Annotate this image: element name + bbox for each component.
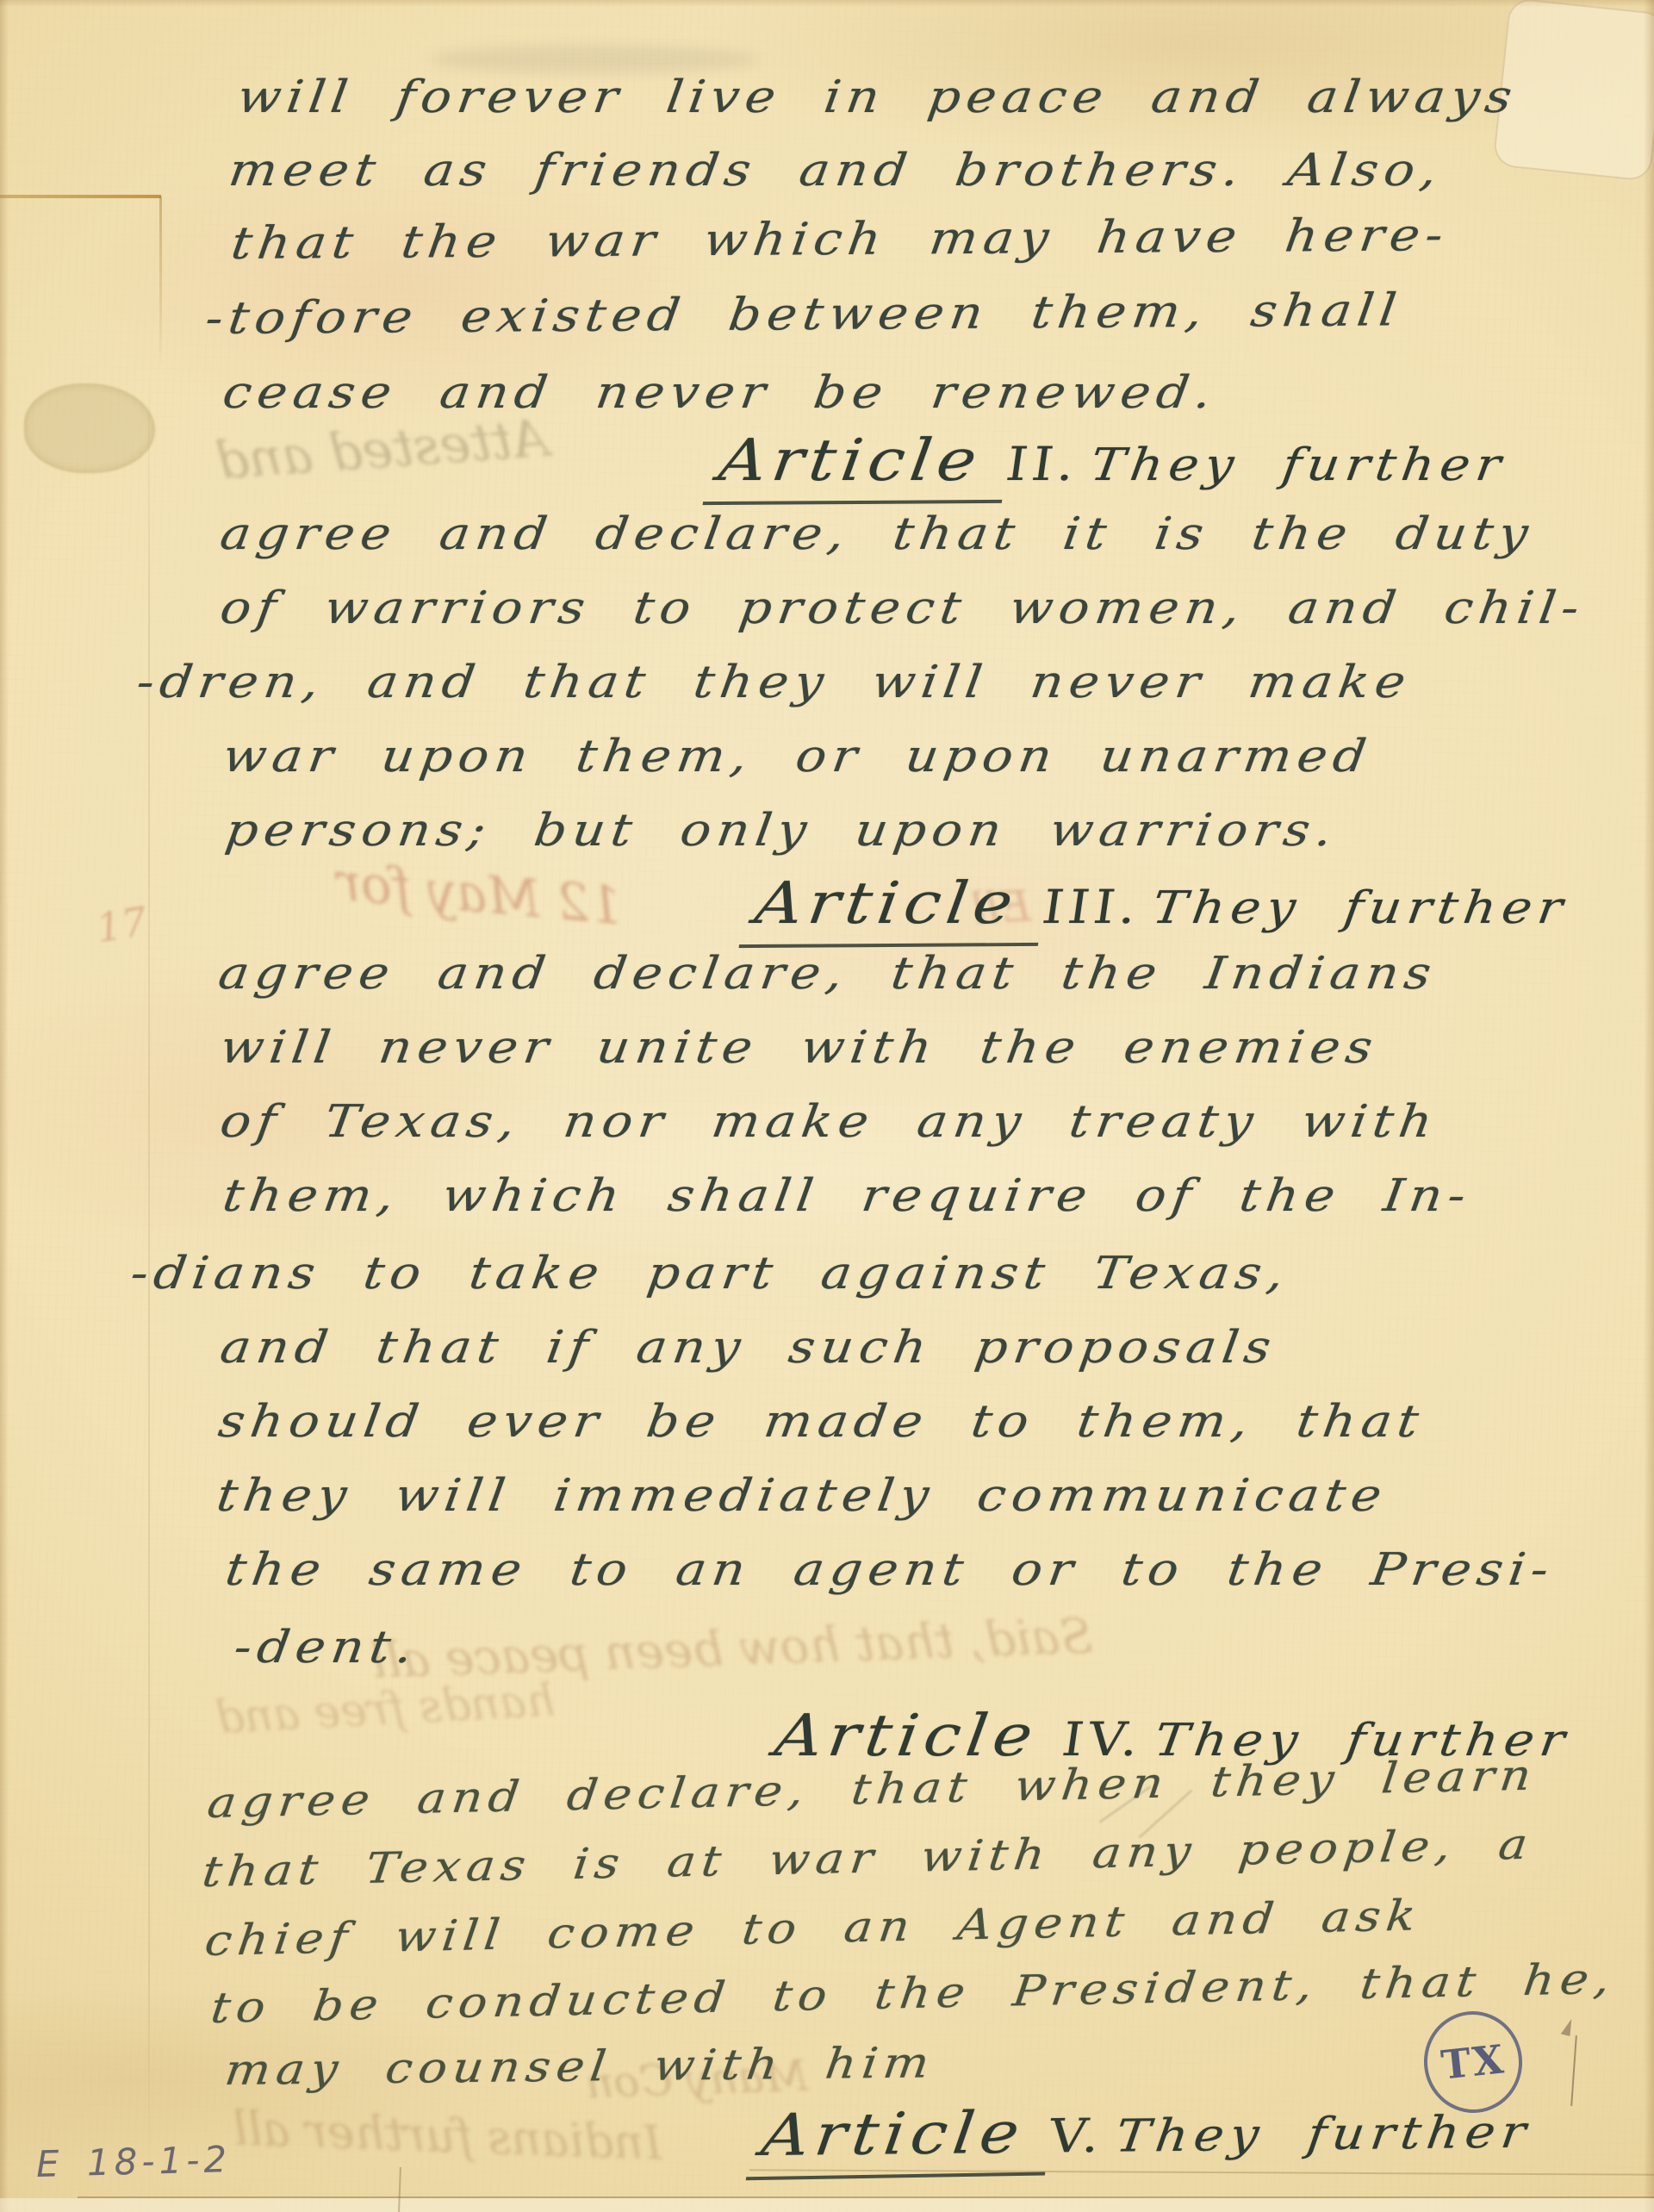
manuscript-line: will forever live in peace and always [234, 73, 1520, 122]
article-heading: ArticleIII.They further [751, 872, 1573, 936]
bleed-through-text: hands free and [215, 1679, 557, 1742]
article-word: Article [771, 1702, 1053, 1769]
article-numeral: V. [1030, 2109, 1120, 2164]
article-word: Article [715, 427, 997, 494]
page-edge-right [1644, 0, 1654, 2212]
archival-code: E 18-1-2 [35, 2138, 231, 2185]
pencil-arrow-shaft [1570, 2035, 1577, 2106]
manuscript-line: chief will come to an Agent and ask [202, 1892, 1424, 1965]
manuscript-line: agree and declare, that it is the duty [217, 510, 1537, 559]
tx-stamp-text: TX [1439, 2035, 1507, 2088]
article-numeral: III. [1023, 880, 1157, 934]
manuscript-line: war upon them, or upon unarmed [220, 732, 1375, 782]
manuscript-page: Attested and 12 May for 17 Ell Said, tha… [0, 0, 1654, 2212]
page-edge-line-vertical [159, 196, 162, 369]
manuscript-line: -dent. [231, 1623, 421, 1673]
manuscript-line: of warriors to protect women, and chil- [217, 584, 1588, 633]
article-heading-text: They further [1149, 882, 1571, 934]
article-heading-text: They further [1113, 2107, 1535, 2163]
manuscript-line: persons; but only upon warriors. [222, 807, 1341, 856]
bleed-through-text: Attested and [214, 413, 550, 488]
ink-smudge [431, 45, 758, 74]
article-heading-text: They further [1087, 439, 1509, 491]
article-word: Article [751, 869, 1033, 937]
manuscript-line: that Texas is at war with any people, a [200, 1822, 1536, 1896]
bleed-through-text: Said, that how been peace all [370, 1612, 1093, 1685]
article-heading: ArticleV.They further [758, 2097, 1536, 2168]
page-below-edge-strip [0, 2198, 1654, 2212]
manuscript-line: -dians to take part against Texas, [127, 1249, 1292, 1299]
manuscript-line: they will immediately communicate [214, 1472, 1390, 1521]
manuscript-line: the same to an agent or to the Presi- [222, 1546, 1558, 1595]
page-edge-line-horizontal [0, 195, 161, 198]
bleed-through-text: 17 [94, 901, 150, 949]
manuscript-line: and that if any such proposals [217, 1324, 1279, 1373]
page-edge-top [0, 0, 1654, 7]
manuscript-line: to be conducted to the President, that h… [208, 1956, 1618, 2032]
article-numeral: II. [987, 437, 1095, 491]
manuscript-line: may counsel with him [222, 2040, 937, 2094]
manuscript-line: meet as friends and brothers. Also, [226, 146, 1446, 196]
manuscript-line: -dren, and that they will never make [134, 658, 1415, 707]
page-edge-left [0, 0, 9, 2212]
manuscript-line: them, which shall require of the In- [220, 1172, 1475, 1221]
manuscript-line: should ever be made to them, that [215, 1398, 1427, 1447]
manuscript-line: that the war which may have here- [228, 211, 1452, 269]
manuscript-line: will never unite with the enemies [217, 1024, 1381, 1073]
bleed-through-text: Indians further all [232, 2105, 662, 2166]
article-word: Article [758, 2099, 1039, 2169]
manuscript-line: cease and never be renewed. [220, 369, 1220, 418]
manuscript-line: agree and declare, that the Indians [215, 950, 1439, 999]
pencil-arrow-icon [1561, 2017, 1575, 2036]
article-heading: ArticleII.They further [715, 429, 1511, 493]
paper-stain [24, 383, 155, 473]
manuscript-line: -tofore existed between them, shall [202, 286, 1405, 344]
manuscript-line: of Texas, nor make any treaty with [217, 1098, 1441, 1147]
bleed-through-text: 12 May for [334, 857, 625, 933]
